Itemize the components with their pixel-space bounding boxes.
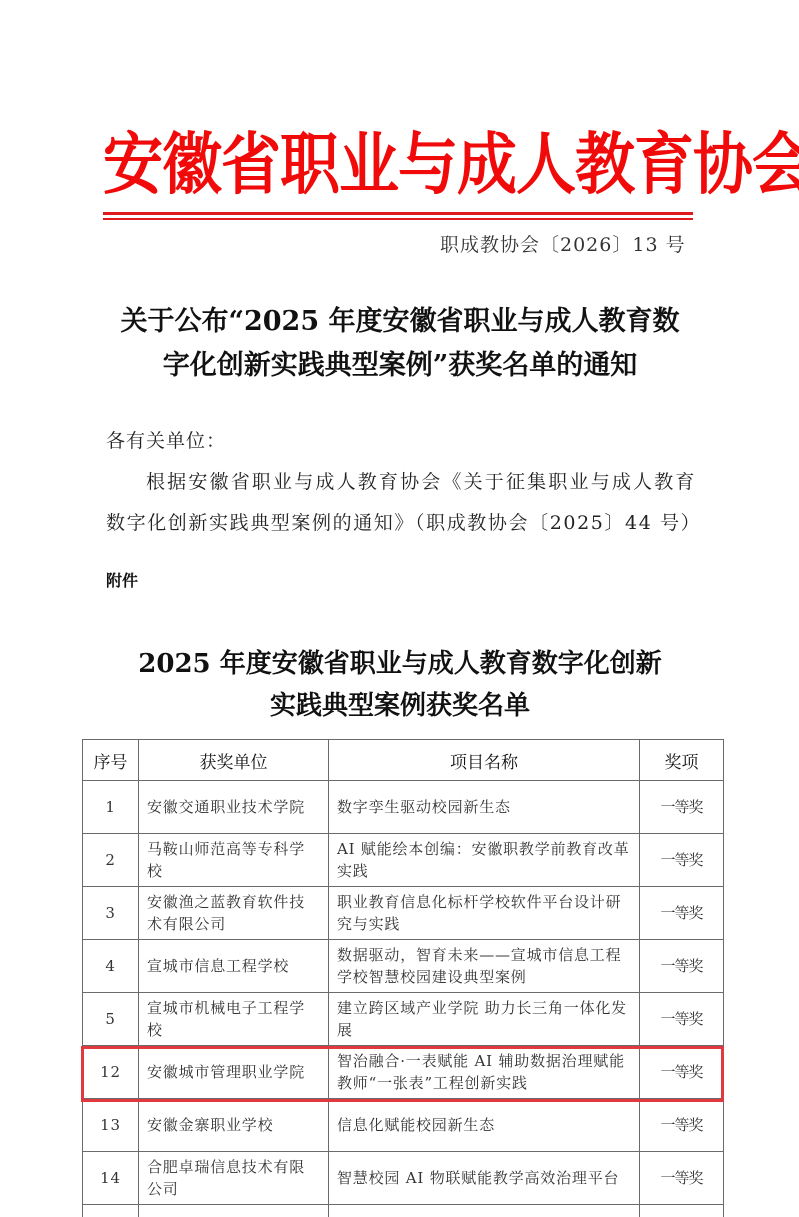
table-row: 5 宣城市机械电子工程学校 建立跨区域产业学院 助力长三角一体化发展 一等奖 — [83, 993, 724, 1046]
table-row: 2 马鞍山师范高等专科学校 AI 赋能绘本创编：安徽职教学前教育改革实践 一等奖 — [83, 834, 724, 887]
cell-unit: 宣城市机械电子工程学校 — [139, 993, 329, 1046]
award-list-title-line-2: 实践典型案例获奖名单 — [95, 685, 705, 727]
cell-no: 2 — [83, 834, 139, 887]
masthead-rule-thin — [103, 218, 693, 220]
salutation: 各有关单位： — [106, 428, 226, 454]
award-table: 序号 获奖单位 项目名称 奖项 1 安徽交通职业技术学院 数字孪生驱动校园新生态… — [82, 739, 724, 1217]
cell-unit: 宣城市信息工程学校 — [139, 940, 329, 993]
column-header-project: 项目名称 — [329, 740, 640, 781]
cell-award: 一等奖 — [640, 834, 724, 887]
masthead-org-name: 安徽省职业与成人教育协会 — [103, 120, 693, 210]
cell-unit: 马鞍山师范高等专科学校 — [139, 834, 329, 887]
cell-project: 信息化赋能校园新生态 — [329, 1099, 640, 1152]
cell-project: 建立跨区域产业学院 助力长三角一体化发展 — [329, 993, 640, 1046]
column-header-unit: 获奖单位 — [139, 740, 329, 781]
award-list-title: 2025 年度安徽省职业与成人教育数字化创新 实践典型案例获奖名单 — [95, 643, 705, 727]
cell-no: 1 — [83, 781, 139, 834]
document-number: 职成教协会〔2026〕13 号 — [440, 232, 700, 258]
notice-body: 根据安徽省职业与成人教育协会《关于征集职业与成人教育数字化创新实践典型案例的通知… — [106, 462, 696, 544]
cell-empty — [139, 1205, 329, 1217]
table-row: 1 安徽交通职业技术学院 数字孪生驱动校园新生态 一等奖 — [83, 781, 724, 834]
cell-award: 一等奖 — [640, 993, 724, 1046]
cell-no: 3 — [83, 887, 139, 940]
cell-award: 一等奖 — [640, 1046, 724, 1099]
cell-empty — [640, 1205, 724, 1217]
cell-award: 一等奖 — [640, 940, 724, 993]
notice-title: 关于公布“2025 年度安徽省职业与成人教育数 字化创新实践典型案例”获奖名单的… — [95, 300, 705, 388]
table-row-cut-off — [83, 1205, 724, 1217]
award-list-title-line-1: 2025 年度安徽省职业与成人教育数字化创新 — [95, 643, 705, 685]
cell-empty — [83, 1205, 139, 1217]
cell-no: 12 — [83, 1046, 139, 1099]
table-header-row: 序号 获奖单位 项目名称 奖项 — [83, 740, 724, 781]
table-row: 13 安徽金寨职业学校 信息化赋能校园新生态 一等奖 — [83, 1099, 724, 1152]
cell-project: 数字孪生驱动校园新生态 — [329, 781, 640, 834]
cell-project: 数据驱动，智育未来——宣城市信息工程学校智慧校园建设典型案例 — [329, 940, 640, 993]
notice-title-line-1: 关于公布“2025 年度安徽省职业与成人教育数 — [95, 300, 705, 344]
column-header-no: 序号 — [83, 740, 139, 781]
cell-award: 一等奖 — [640, 887, 724, 940]
cell-award: 一等奖 — [640, 1152, 724, 1205]
cell-project: 智慧校园 AI 物联赋能教学高效治理平台 — [329, 1152, 640, 1205]
cell-unit: 安徽金寨职业学校 — [139, 1099, 329, 1152]
cell-project: 职业教育信息化标杆学校软件平台设计研究与实践 — [329, 887, 640, 940]
table-row: 3 安徽渔之蓝教育软件技术有限公司 职业教育信息化标杆学校软件平台设计研究与实践… — [83, 887, 724, 940]
table-row: 4 宣城市信息工程学校 数据驱动，智育未来——宣城市信息工程学校智慧校园建设典型… — [83, 940, 724, 993]
cell-unit: 安徽城市管理职业学院 — [139, 1046, 329, 1099]
cell-award: 一等奖 — [640, 1099, 724, 1152]
cell-no: 14 — [83, 1152, 139, 1205]
cell-no: 13 — [83, 1099, 139, 1152]
cell-award: 一等奖 — [640, 781, 724, 834]
column-header-award: 奖项 — [640, 740, 724, 781]
table-row-highlighted: 12 安徽城市管理职业学院 智治融合·一表赋能 AI 辅助数据治理赋能教师“一张… — [83, 1046, 724, 1099]
cell-no: 4 — [83, 940, 139, 993]
cell-unit: 合肥卓瑞信息技术有限公司 — [139, 1152, 329, 1205]
masthead-rule-thick — [103, 212, 693, 215]
cell-empty — [329, 1205, 640, 1217]
cell-project: AI 赋能绘本创编：安徽职教学前教育改革实践 — [329, 834, 640, 887]
cell-unit: 安徽渔之蓝教育软件技术有限公司 — [139, 887, 329, 940]
attachment-label: 附件 — [106, 570, 138, 592]
notice-title-line-2: 字化创新实践典型案例”获奖名单的通知 — [95, 344, 705, 388]
table-row: 14 合肥卓瑞信息技术有限公司 智慧校园 AI 物联赋能教学高效治理平台 一等奖 — [83, 1152, 724, 1205]
cell-project: 智治融合·一表赋能 AI 辅助数据治理赋能教师“一张表”工程创新实践 — [329, 1046, 640, 1099]
cell-no: 5 — [83, 993, 139, 1046]
cell-unit: 安徽交通职业技术学院 — [139, 781, 329, 834]
